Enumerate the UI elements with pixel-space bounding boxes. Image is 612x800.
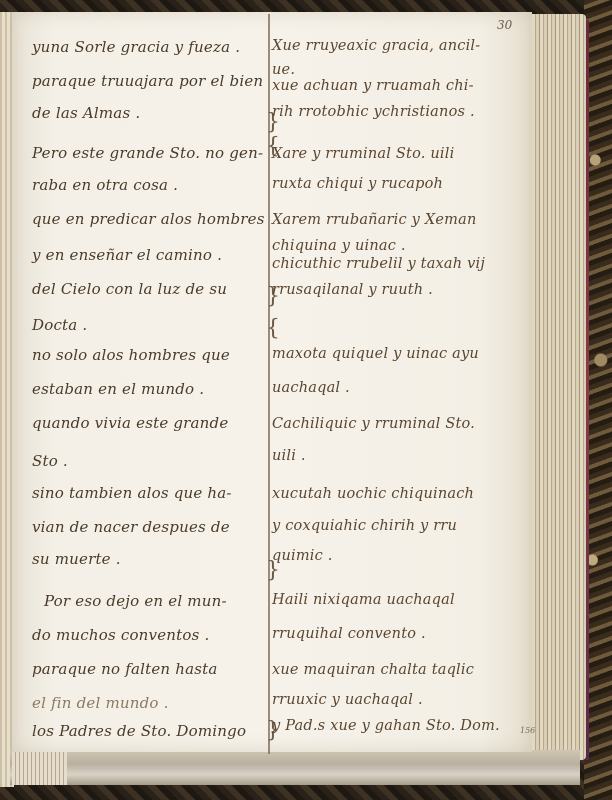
- right-line: uili .: [272, 448, 306, 464]
- right-line: maxota quiquel y uinac ayu: [272, 346, 479, 362]
- left-line: do muchos conventos .: [32, 626, 209, 644]
- right-line: Xare y rruminal Sto. uili: [272, 146, 454, 162]
- left-line: el fin del mundo .: [32, 694, 169, 712]
- left-line: paraque truuajara por el bien: [32, 72, 263, 90]
- left-line: Por eso dejo en el mun-: [44, 592, 227, 610]
- left-line: paraque no falten hasta: [32, 660, 218, 678]
- brace-mark: {: [266, 318, 280, 340]
- left-line: Sto .: [32, 452, 68, 470]
- right-line: ruxta chiqui y rucapoh: [272, 176, 443, 192]
- right-line: y coxquiahic chirih y rru: [272, 518, 457, 534]
- folio-number: 30: [497, 18, 512, 32]
- right-line: Haili nixiqama uachaqal: [272, 592, 455, 608]
- right-line: xucutah uochic chiquinach: [272, 486, 474, 502]
- left-line: sino tambien alos que ha-: [32, 484, 232, 502]
- left-line: raba en otra cosa .: [32, 176, 178, 194]
- left-line: quando vivia este grande: [32, 414, 228, 432]
- right-line: uachaqal .: [272, 380, 350, 396]
- right-line: rruuxic y uachaqal .: [272, 692, 423, 708]
- left-line: del Cielo con la luz de su: [32, 280, 227, 298]
- right-line: chiquina y uinac .: [272, 238, 406, 254]
- right-line: Xarem rrubañaric y Xeman: [272, 212, 477, 228]
- left-line: que en predicar alos hombres: [32, 210, 265, 228]
- bottom-page-number: 156: [520, 726, 535, 735]
- right-line: y Pad.s xue y gahan Sto. Dom.: [272, 718, 500, 734]
- left-line: yuna Sorle gracia y fueza .: [32, 38, 240, 56]
- right-line: rrusaqilanal y ruuth .: [272, 282, 433, 298]
- right-line: quimic .: [272, 548, 333, 564]
- page-block-right-edge: [528, 14, 586, 760]
- right-line: rruquihal convento .: [272, 626, 426, 642]
- left-line: de las Almas .: [32, 104, 140, 122]
- left-line: no solo alos hombres que: [32, 346, 230, 364]
- right-line: chicuthic rrubelil y taxah vij: [272, 256, 485, 272]
- left-line: Docta .: [32, 316, 87, 334]
- right-line: ue.: [272, 62, 295, 78]
- left-line: Pero este grande Sto. no gen-: [32, 144, 263, 162]
- left-line: y en enseñar el camino .: [32, 246, 222, 264]
- left-line: su muerte .: [32, 550, 121, 568]
- right-line: rih rrotobhic ychristianos .: [272, 104, 475, 120]
- page-block-bottom-edge: [10, 750, 580, 785]
- right-line: Cachiliquic y rruminal Sto.: [272, 416, 475, 432]
- page-block-bottom-left-edge: [12, 750, 67, 785]
- left-line: los Padres de Sto. Domingo: [32, 722, 246, 740]
- right-line: xue maquiran chalta taqlic: [272, 662, 474, 678]
- right-line: Xue rruyeaxic gracia, ancil-: [272, 38, 480, 54]
- right-line: xue achuan y rruamah chi-: [272, 78, 474, 94]
- left-line: estaban en el mundo .: [32, 380, 204, 398]
- left-line: vian de nacer despues de: [32, 518, 230, 536]
